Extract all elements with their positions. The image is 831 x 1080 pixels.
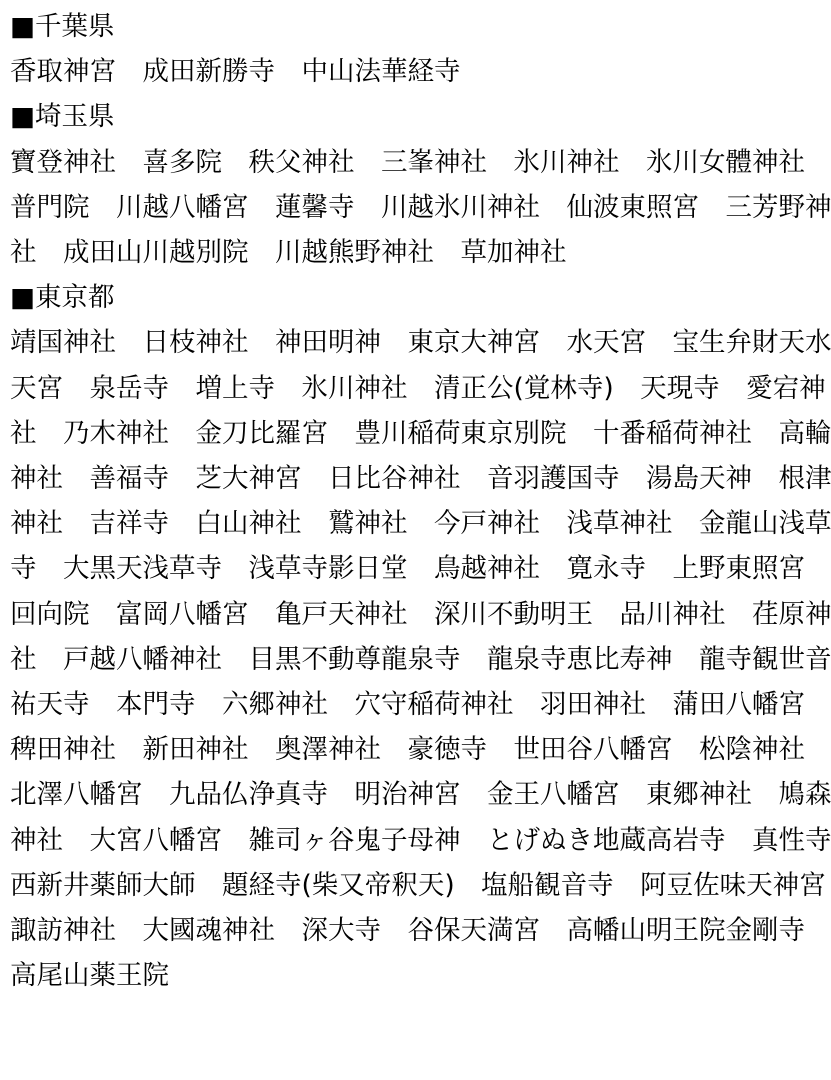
shrine-temple-list-document: ■千葉県 香取神宮 成田新勝寺 中山法華経寺 ■埼玉県 寶登神社 喜多院 秩父神… bbox=[0, 0, 831, 998]
text-line: 天宮 泉岳寺 増上寺 氷川神社 清正公(覚林寺) 天現寺 愛宕神 bbox=[10, 366, 823, 411]
text-line: 西新井薬師大師 題経寺(柴又帝釈天) 塩船観音寺 阿豆佐味天神宮 bbox=[10, 863, 823, 908]
section-tokyo: ■東京都 靖国神社 日枝神社 神田明神 東京大神宮 水天宮 宝生弁財天水 天宮 … bbox=[10, 275, 823, 998]
text-line: 回向院 富岡八幡宮 亀戸天神社 深川不動明王 品川神社 荏原神 bbox=[10, 592, 823, 637]
section-chiba: ■千葉県 香取神宮 成田新勝寺 中山法華経寺 bbox=[10, 4, 823, 94]
section-saitama: ■埼玉県 寶登神社 喜多院 秩父神社 三峯神社 氷川神社 氷川女體神社 普門院 … bbox=[10, 94, 823, 275]
text-line: 寺 大黒天浅草寺 浅草寺影日堂 鳥越神社 寛永寺 上野東照宮 bbox=[10, 546, 823, 591]
text-line: 社 乃木神社 金刀比羅宮 豊川稲荷東京別院 十番稲荷神社 高輪 bbox=[10, 411, 823, 456]
text-line: 稗田神社 新田神社 奥澤神社 豪徳寺 世田谷八幡宮 松陰神社 bbox=[10, 727, 823, 772]
text-line: 神社 大宮八幡宮 雑司ヶ谷鬼子母神 とげぬき地蔵高岩寺 真性寺 bbox=[10, 818, 823, 863]
text-line: 神社 吉祥寺 白山神社 鷲神社 今戸神社 浅草神社 金龍山浅草 bbox=[10, 501, 823, 546]
text-line: 社 成田山川越別院 川越熊野神社 草加神社 bbox=[10, 230, 823, 275]
text-line: 寶登神社 喜多院 秩父神社 三峯神社 氷川神社 氷川女體神社 bbox=[10, 140, 823, 185]
page: { "page": { "background_color": "#ffffff… bbox=[0, 0, 831, 1080]
text-line: 靖国神社 日枝神社 神田明神 東京大神宮 水天宮 宝生弁財天水 bbox=[10, 320, 823, 365]
text-line: 社 戸越八幡神社 目黒不動尊龍泉寺 龍泉寺恵比寿神 龍寺観世音 bbox=[10, 637, 823, 682]
section-heading-tokyo: ■東京都 bbox=[10, 275, 823, 320]
text-line: 諏訪神社 大國魂神社 深大寺 谷保天満宮 高幡山明王院金剛寺 bbox=[10, 908, 823, 953]
text-line: 香取神宮 成田新勝寺 中山法華経寺 bbox=[10, 49, 823, 94]
section-heading-saitama: ■埼玉県 bbox=[10, 94, 823, 139]
text-line: 北澤八幡宮 九品仏浄真寺 明治神宮 金王八幡宮 東郷神社 鳩森 bbox=[10, 772, 823, 817]
text-line: 祐天寺 本門寺 六郷神社 穴守稲荷神社 羽田神社 蒲田八幡宮 bbox=[10, 682, 823, 727]
section-heading-chiba: ■千葉県 bbox=[10, 4, 823, 49]
text-line: 高尾山薬王院 bbox=[10, 953, 823, 998]
text-line: 神社 善福寺 芝大神宮 日比谷神社 音羽護国寺 湯島天神 根津 bbox=[10, 456, 823, 501]
text-line: 普門院 川越八幡宮 蓮馨寺 川越氷川神社 仙波東照宮 三芳野神 bbox=[10, 185, 823, 230]
